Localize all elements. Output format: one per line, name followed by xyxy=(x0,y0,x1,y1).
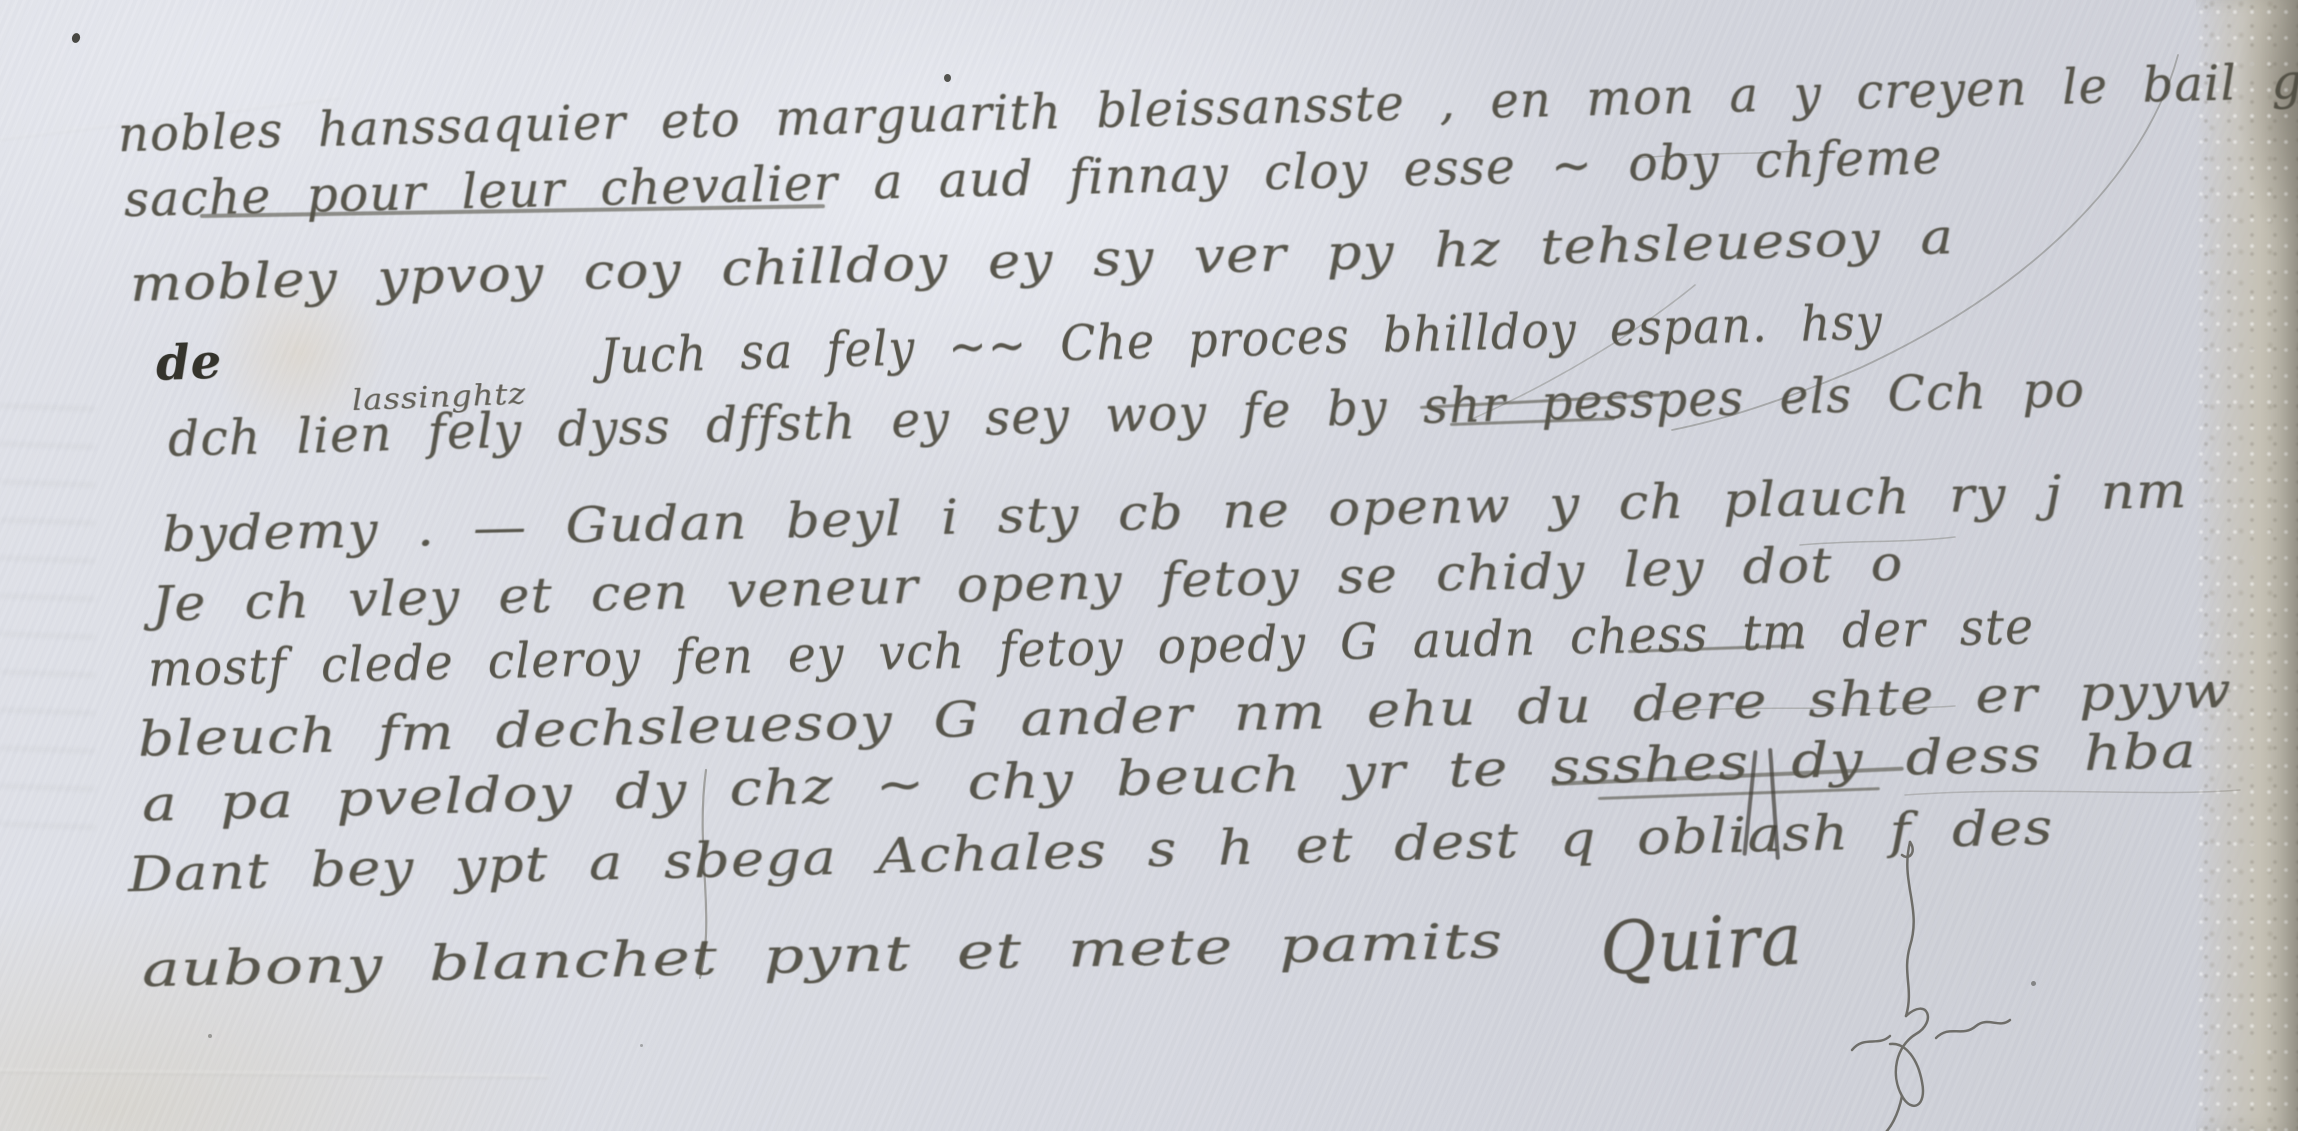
notary-paraph-flourish xyxy=(1740,838,2070,1131)
interlinear-insertion: lassinghtz xyxy=(351,379,526,415)
ink-speck xyxy=(640,1044,643,1047)
ink-showthrough xyxy=(0,400,95,860)
manuscript-scan: nobles hanssaquier eto marguarith bleiss… xyxy=(0,0,2298,1131)
marginal-word: de xyxy=(155,338,223,388)
paper-sheet: nobles hanssaquier eto marguarith bleiss… xyxy=(0,0,2298,1131)
ink-speck xyxy=(2031,981,2036,986)
handwriting-line: aubony blanchet pynt et mete pamits xyxy=(141,917,1503,994)
handwriting-line: Juch sa fely ~~ Che proces bhilldoy espa… xyxy=(599,298,1883,381)
paraph-flourish-icon xyxy=(1740,838,2070,1131)
handwriting-line: mobley ypvoy coy chilldoy ey sy ver py h… xyxy=(129,213,1954,309)
handwriting-line: nobles hanssaquier eto marguarith bleiss… xyxy=(117,53,2298,159)
ink-speck xyxy=(71,32,82,44)
ink-speck xyxy=(944,74,951,82)
paper-crease xyxy=(0,1069,548,1079)
pen-trail-hairline xyxy=(1905,790,2240,795)
paper-deckle-edge xyxy=(2196,0,2298,1131)
ink-speck xyxy=(208,1034,212,1038)
